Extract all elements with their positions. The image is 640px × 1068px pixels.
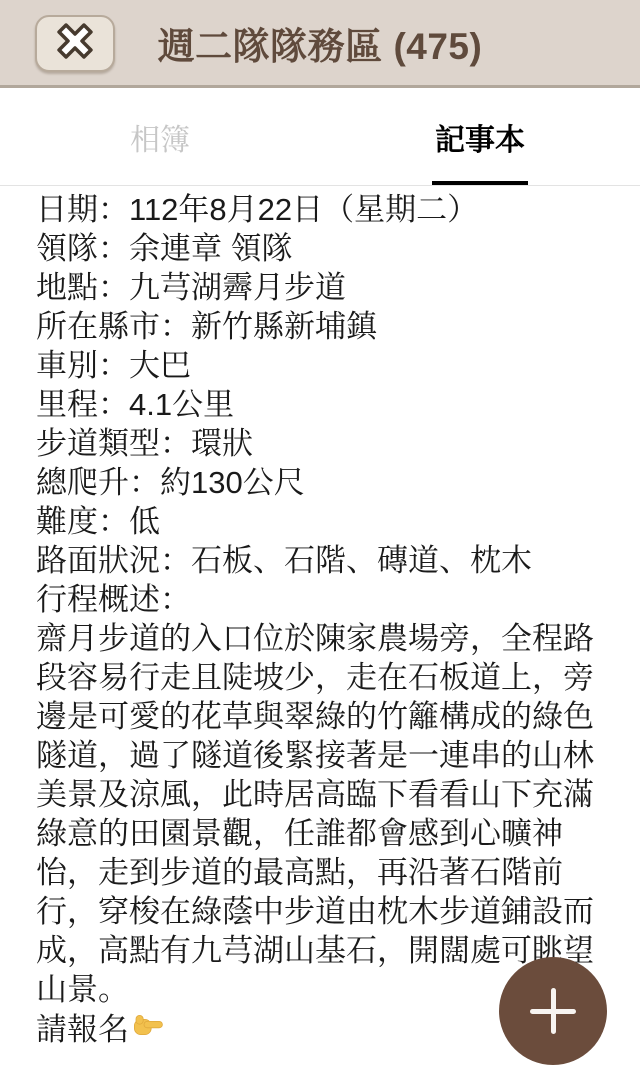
note-lines: 日期：112年8月22日（星期二）領隊：余連章 領隊地點：九芎湖霽月步道所在縣市…	[36, 190, 614, 1009]
note-line: 行程概述：	[36, 580, 614, 619]
tab-notes[interactable]: 記事本	[320, 88, 640, 185]
note-line: 隧道，過了隧道後緊接著是一連串的山林	[36, 736, 614, 775]
navbar: 週二隊隊務區 (475)	[0, 0, 640, 88]
note-line: 美景及涼風，此時居高臨下看看山下充滿	[36, 775, 614, 814]
note-line: 綠意的田園景觀，任誰都會感到心曠神	[36, 814, 614, 853]
note-line: 總爬升：約130公尺	[36, 463, 614, 502]
tab-albums[interactable]: 相簿	[0, 88, 320, 185]
note-line: 車別：大巴	[36, 346, 614, 385]
note-line: 領隊：余連章 領隊	[36, 229, 614, 268]
tab-albums-label: 相簿	[130, 115, 190, 159]
note-line: 齋月步道的入口位於陳家農場旁，全程路	[36, 619, 614, 658]
note-line: 步道類型：環狀	[36, 424, 614, 463]
tab-notes-label: 記事本	[435, 115, 525, 159]
note-line: 里程：4.1公里	[36, 385, 614, 424]
note-line: 路面狀況：石板、石階、磚道、枕木	[36, 541, 614, 580]
close-icon	[53, 19, 97, 68]
backhand-index-pointing-right-icon	[132, 1009, 164, 1050]
note-line: 日期：112年8月22日（星期二）	[36, 190, 614, 229]
cta-text: 請報名	[36, 1010, 129, 1049]
tab-bar: 相簿 記事本	[0, 88, 640, 186]
tab-active-underline	[432, 181, 528, 185]
note-line: 所在縣市：新竹縣新埔鎮	[36, 307, 614, 346]
note-line: 難度：低	[36, 502, 614, 541]
note-line: 怡，走到步道的最高點，再沿著石階前	[36, 853, 614, 892]
note-line: 段容易行走且陡坡少，走在石板道上，旁	[36, 658, 614, 697]
note-line: 地點：九芎湖霽月步道	[36, 268, 614, 307]
plus-icon	[551, 988, 556, 1034]
note-line: 邊是可愛的花草與翠綠的竹籬構成的綠色	[36, 697, 614, 736]
close-button[interactable]	[35, 15, 115, 72]
note-line: 行，穿梭在綠蔭中步道由枕木步道鋪設而	[36, 892, 614, 931]
note-body: 日期：112年8月22日（星期二）領隊：余連章 領隊地點：九芎湖霽月步道所在縣市…	[0, 186, 640, 1050]
fab-add-button[interactable]	[499, 957, 607, 1065]
page-title: 週二隊隊務區 (475)	[158, 16, 483, 70]
